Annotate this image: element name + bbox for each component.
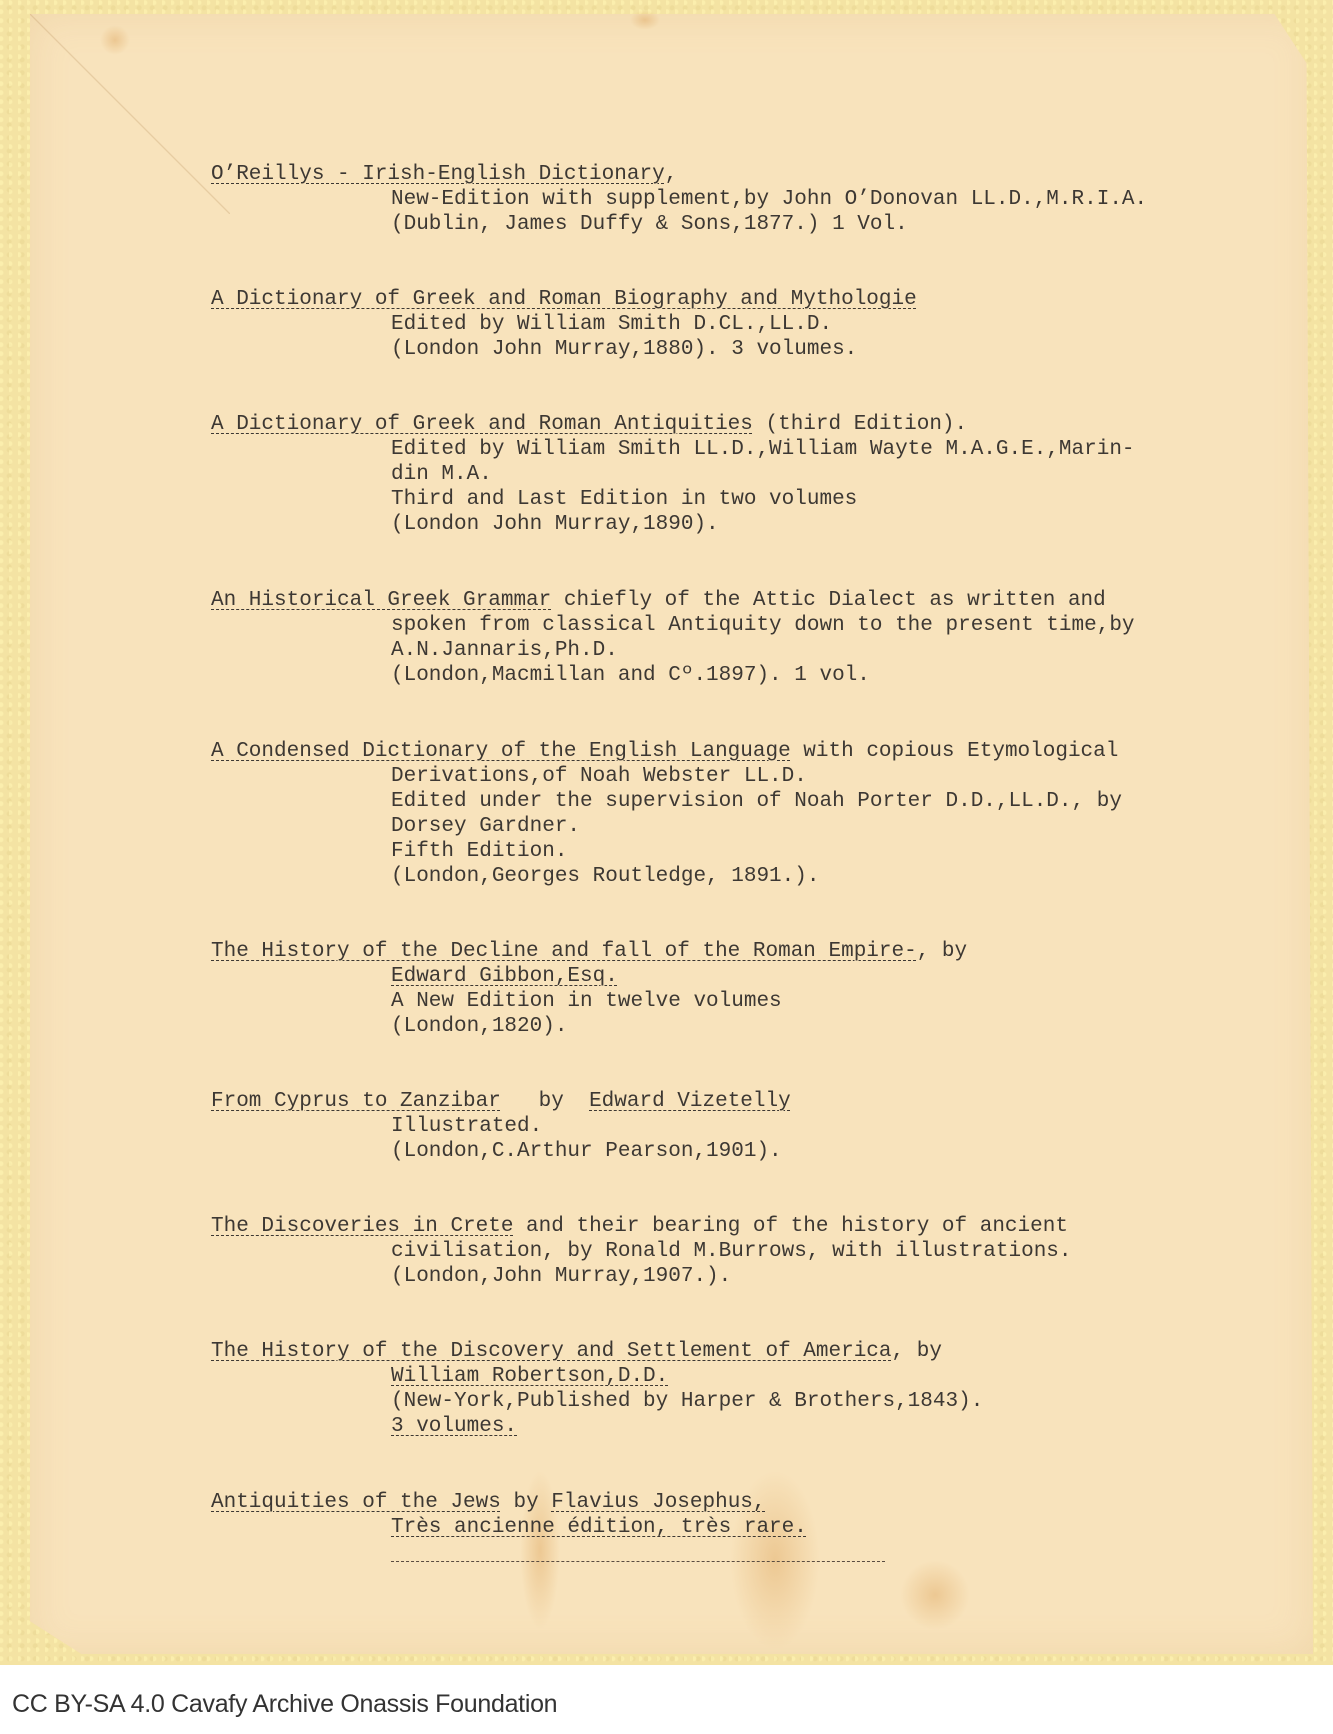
entry-detail: Illustrated. xyxy=(211,1114,791,1139)
entry-title: The History of the Decline and fall of t… xyxy=(211,940,917,963)
entry-detail: din M.A. xyxy=(211,462,1135,487)
entry-detail: A New Edition in twelve volumes xyxy=(211,989,967,1014)
bibliography-entry: An Historical Greek Grammar chiefly of t… xyxy=(211,588,1135,688)
entry-title: A Dictionary of Greek and Roman Antiquit… xyxy=(211,413,753,436)
entry-detail: (Dublin, James Duffy & Sons,1877.) 1 Vol… xyxy=(211,212,1147,237)
entry-detail: (London,1820). xyxy=(211,1014,967,1039)
entry-detail: Très ancienne édition, très rare. xyxy=(211,1515,807,1540)
bibliography-entry: O’Reillys - Irish-English Dictionary, Ne… xyxy=(211,162,1147,237)
entry-detail: (London John Murray,1890). xyxy=(211,512,1135,537)
bibliography-entry: A Dictionary of Greek and Roman Biograph… xyxy=(211,287,917,362)
entry-title-line: A Dictionary of Greek and Roman Biograph… xyxy=(211,287,917,312)
entry-title: Antiquities of the Jews xyxy=(211,1491,501,1514)
entry-title-line: Antiquities of the Jews by Flavius Josep… xyxy=(211,1490,807,1515)
bibliography-entry: A Dictionary of Greek and Roman Antiquit… xyxy=(211,412,1135,537)
entry-detail: civilisation, by Ronald M.Burrows, with … xyxy=(211,1239,1072,1264)
entry-title: From Cyprus to Zanzibar xyxy=(211,1090,501,1113)
entry-detail: Edited by William Smith LL.D.,William Wa… xyxy=(211,437,1135,462)
entry-detail: (London,Georges Routledge, 1891.). xyxy=(211,864,1122,889)
entry-detail: spoken from classical Antiquity down to … xyxy=(211,613,1135,638)
entry-title: A Condensed Dictionary of the English La… xyxy=(211,740,791,763)
entry-detail: (New-York,Published by Harper & Brothers… xyxy=(211,1389,983,1414)
entry-detail: (London,Macmillan and Cº.1897). 1 vol. xyxy=(211,663,1135,688)
bibliography-entry: Antiquities of the Jews by Flavius Josep… xyxy=(211,1490,807,1540)
license-credit: CC BY-SA 4.0 Cavafy Archive Onassis Foun… xyxy=(12,1690,557,1719)
bibliography-entry: A Condensed Dictionary of the English La… xyxy=(211,739,1122,889)
entry-title-line: The History of the Decline and fall of t… xyxy=(211,939,967,964)
entry-title: An Historical Greek Grammar xyxy=(211,589,551,612)
entry-title-line: A Condensed Dictionary of the English La… xyxy=(211,739,1122,764)
entry-title-line: The History of the Discovery and Settlem… xyxy=(211,1339,983,1364)
entry-title: O’Reillys - Irish-English Dictionary xyxy=(211,163,665,186)
entry-detail: Third and Last Edition in two volumes xyxy=(211,487,1135,512)
entry-title: The History of the Discovery and Settlem… xyxy=(211,1340,892,1363)
entry-detail: Dorsey Gardner. xyxy=(211,814,1122,839)
entry-title: The Discoveries in Crete xyxy=(211,1215,513,1238)
bibliography-entry: The History of the Discovery and Settlem… xyxy=(211,1339,983,1439)
entry-detail: Fifth Edition. xyxy=(211,839,1122,864)
entry-detail: New-Edition with supplement,by John O’Do… xyxy=(211,187,1147,212)
entry-author: Edward Vizetelly xyxy=(589,1090,791,1113)
entry-title-line: From Cyprus to Zanzibar by Edward Vizete… xyxy=(211,1089,791,1114)
entry-title: A Dictionary of Greek and Roman Biograph… xyxy=(211,288,917,311)
entry-detail: (London John Murray,1880). 3 volumes. xyxy=(211,337,917,362)
entry-detail: Edited by William Smith D.CL.,LL.D. xyxy=(211,312,917,337)
bibliography-entry: The History of the Decline and fall of t… xyxy=(211,939,967,1039)
entry-author: Flavius Josephus, xyxy=(551,1491,765,1514)
entry-detail: 3 volumes. xyxy=(211,1414,983,1439)
bibliography-entry: From Cyprus to Zanzibar by Edward Vizete… xyxy=(211,1089,791,1164)
document-body: O’Reillys - Irish-English Dictionary, Ne… xyxy=(0,0,1333,1665)
entry-title-line: O’Reillys - Irish-English Dictionary, xyxy=(211,162,1147,187)
entry-detail: A.N.Jannaris,Ph.D. xyxy=(211,638,1135,663)
entry-detail: (London,C.Arthur Pearson,1901). xyxy=(211,1139,791,1164)
entry-title-line: The Discoveries in Crete and their beari… xyxy=(211,1214,1072,1239)
closing-rule xyxy=(391,1561,885,1562)
entry-detail: William Robertson,D.D. xyxy=(211,1364,983,1389)
bibliography-entry: The Discoveries in Crete and their beari… xyxy=(211,1214,1072,1289)
entry-detail: Edward Gibbon,Esq. xyxy=(211,964,967,989)
entry-detail: Edited under the supervision of Noah Por… xyxy=(211,789,1122,814)
entry-detail: Derivations,of Noah Webster LL.D. xyxy=(211,764,1122,789)
entry-title-line: An Historical Greek Grammar chiefly of t… xyxy=(211,588,1135,613)
entry-title-line: A Dictionary of Greek and Roman Antiquit… xyxy=(211,412,1135,437)
entry-detail: (London,John Murray,1907.). xyxy=(211,1264,1072,1289)
